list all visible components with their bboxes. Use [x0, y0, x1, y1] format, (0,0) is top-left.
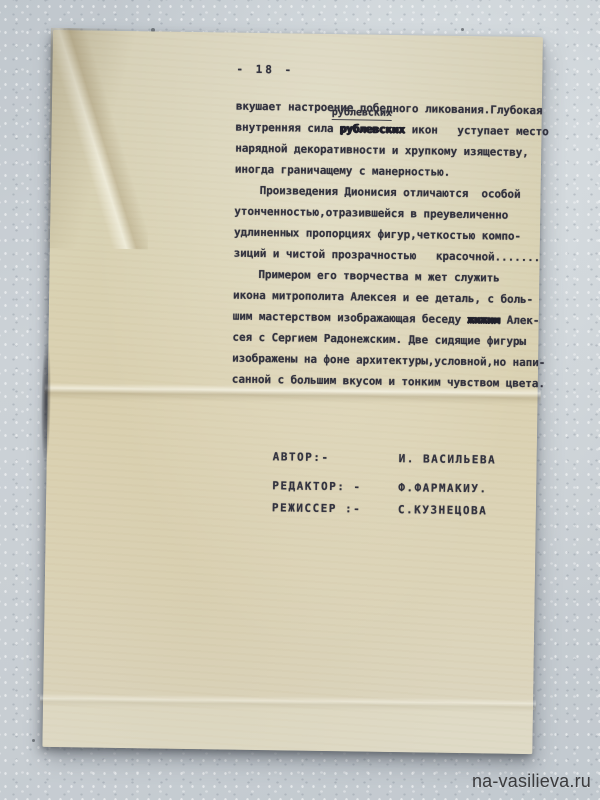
inserted-correction-word: рублевских: [332, 108, 392, 121]
paper-edge-shadow: [41, 346, 52, 458]
line-segment: Алек-: [500, 314, 539, 328]
overtyped-word: рублевских: [340, 122, 405, 136]
credit-role: АВТОР:-: [273, 450, 399, 465]
document-page: - 18 - рублевских вкушает настроение поб…: [42, 30, 543, 754]
wall-speck: [32, 739, 35, 742]
typed-line: санной с большим вкусом и тонким чувство…: [232, 369, 544, 395]
credit-name: И. ВАСИЛЬЕВА: [399, 452, 497, 466]
credit-role: РЕЖИССЕР :-: [272, 501, 398, 516]
credit-row-director: РЕЖИССЕР :-С.КУЗНЕЦОВА: [272, 501, 488, 517]
line-segment: икон уступает место: [405, 123, 549, 138]
paper-bottom-tint: [42, 698, 533, 754]
typed-text-block: рублевских вкушает настроение победного …: [232, 96, 548, 395]
paper-corner-wrinkle: [48, 28, 151, 249]
line-segment: внутренняя сила: [235, 121, 340, 136]
wall-speck: [461, 28, 464, 31]
credit-role: РЕДАКТОР: -: [272, 479, 398, 494]
credit-name: С.КУЗНЕЦОВА: [398, 503, 488, 517]
credit-name: Ф.ФАРМАКИУ.: [398, 481, 488, 495]
credit-row-author: АВТОР:-И. ВАСИЛЬЕВА: [273, 450, 497, 466]
watermark-text: na-vasilieva.ru: [472, 771, 591, 792]
page-number: - 18 -: [236, 63, 294, 77]
overtyped-word: жижим: [467, 313, 500, 326]
fold-crease-bottom: [40, 694, 536, 713]
photo-background: - 18 - рублевских вкушает настроение поб…: [0, 0, 600, 800]
line-segment: шим мастерством изображающая беседу: [233, 310, 468, 326]
credit-row-editor: РЕДАКТОР: -Ф.ФАРМАКИУ.: [272, 479, 488, 495]
